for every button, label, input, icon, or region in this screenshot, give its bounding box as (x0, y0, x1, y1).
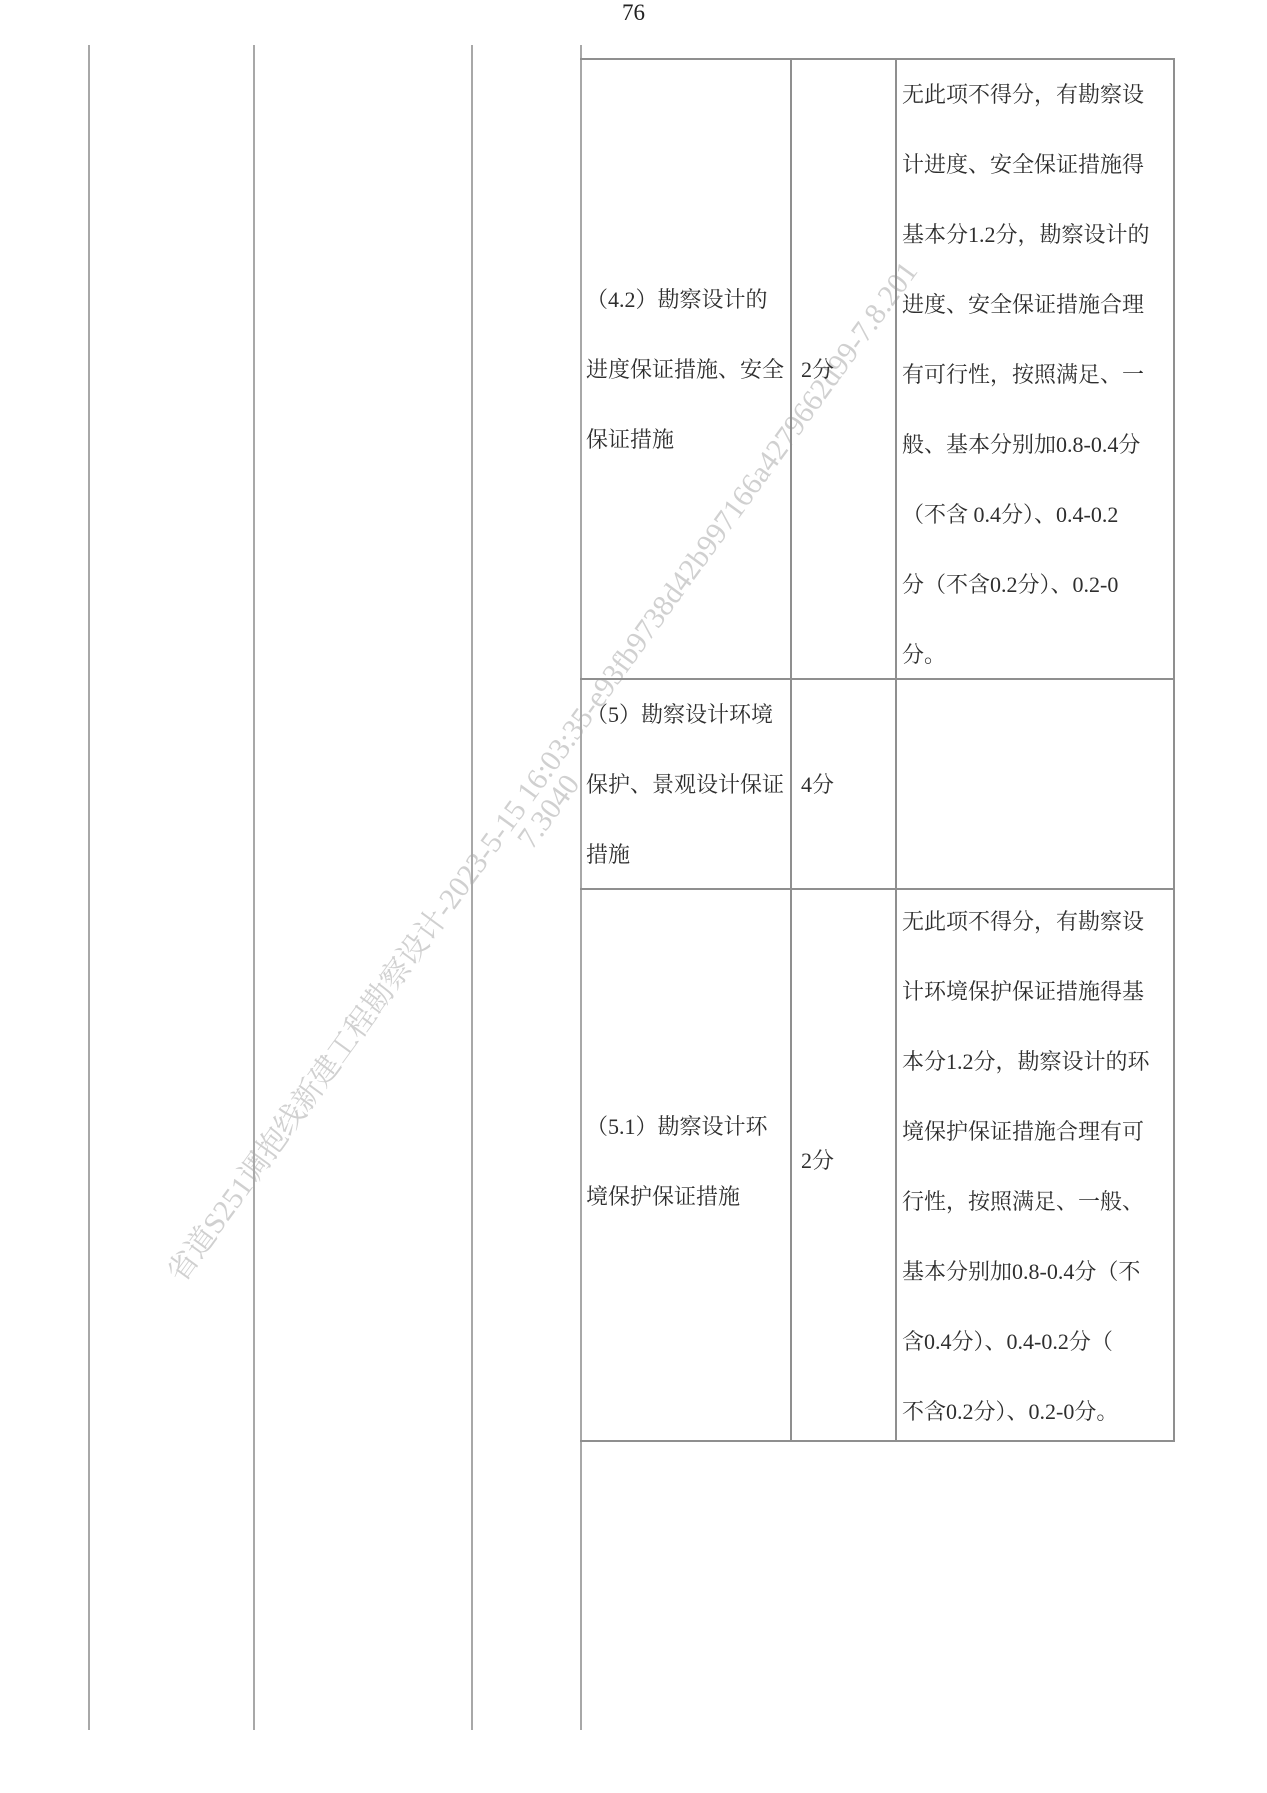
score-cell-5: 4分 (801, 750, 891, 820)
description-cell-5-1: 无此项不得分，有勘察设 计环境保护保证措施得基 本分1.2分，勘察设计的环 境保… (902, 887, 1172, 1447)
criterion-cell-5-1: （5.1）勘察设计环 境保护保证措施 (586, 1092, 792, 1232)
table-border-right-edge (1173, 58, 1175, 1442)
table-border-left-col-2 (253, 45, 255, 1730)
table-border-desc-left (895, 58, 897, 1442)
table-border-left-col-1 (88, 45, 90, 1730)
document-page: 省道S251调抱线新建工程勘察设计-2023-5-15 16:03:35-e93… (0, 0, 1267, 1793)
criterion-cell-4-2: （4.2）勘察设计的 进度保证措施、安全 保证措施 (586, 265, 792, 475)
page-number: 76 (0, 0, 1267, 26)
description-cell-4-2: 无此项不得分，有勘察设 计进度、安全保证措施得 基本分1.2分，勘察设计的 进度… (902, 60, 1172, 690)
score-cell-5-1: 2分 (801, 1126, 891, 1196)
table-border-left-col-3 (471, 45, 473, 1730)
criterion-cell-5: （5）勘察设计环境 保护、景观设计保证 措施 (586, 680, 792, 890)
score-cell-4-2: 2分 (801, 335, 891, 405)
